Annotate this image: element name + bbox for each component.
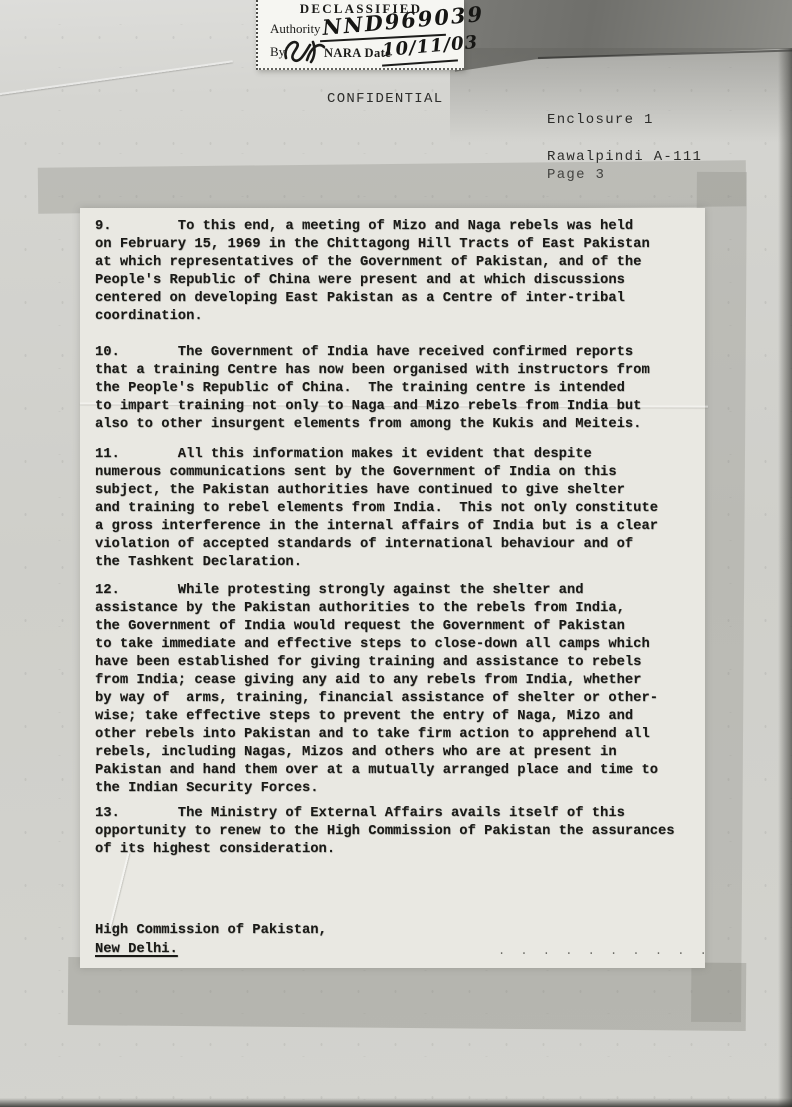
authority-label: Authority bbox=[270, 21, 321, 37]
signoff-organization: High Commission of Pakistan, bbox=[95, 921, 327, 940]
page-edge-right bbox=[778, 48, 792, 1107]
scanned-document-page: DECLASSIFIED Authority NND969039 By NARA… bbox=[0, 0, 792, 1107]
date-underline bbox=[382, 59, 458, 66]
tape-strip-bottom bbox=[68, 957, 747, 1031]
fold-shadow bbox=[450, 48, 792, 143]
crease-line bbox=[0, 60, 233, 95]
enclosure-label: Enclosure 1 bbox=[547, 112, 654, 128]
paragraph-11: 11. All this information makes it eviden… bbox=[95, 446, 658, 572]
paragraph-10: 10. The Government of India have receive… bbox=[95, 344, 650, 434]
page-edge-bottom bbox=[0, 1098, 792, 1107]
signature-block: High Commission of Pakistan, New Delhi. bbox=[95, 921, 327, 959]
signature-scribble bbox=[280, 36, 328, 66]
classification-marking: CONFIDENTIAL bbox=[327, 91, 443, 107]
declassified-stamp: DECLASSIFIED Authority NND969039 By NARA… bbox=[256, 0, 464, 70]
paragraph-9: 9. To this end, a meeting of Mizo and Na… bbox=[95, 218, 650, 326]
tape-strip-top bbox=[38, 160, 746, 213]
dotted-line: . . . . . . . . . . bbox=[498, 944, 711, 958]
signoff-location: New Delhi. bbox=[95, 940, 327, 959]
paragraph-13: 13. The Ministry of External Affairs ava… bbox=[95, 805, 675, 859]
paragraph-12: 12. While protesting strongly against th… bbox=[95, 582, 658, 798]
